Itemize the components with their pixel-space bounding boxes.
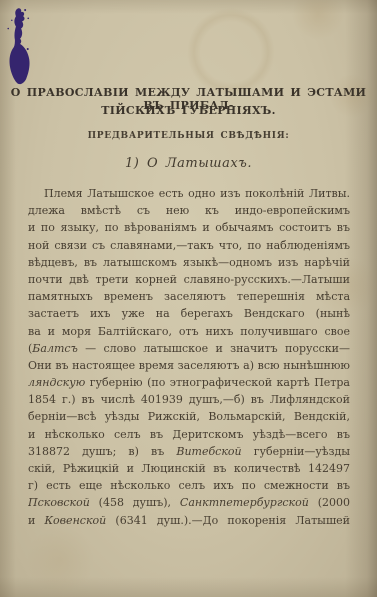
book-page: О ПРАВОСЛАВІИ МЕЖДУ ЛАТЫШАМИ И ЭСТАМИ ВЪ… — [0, 0, 377, 597]
text-line: Они въ настоящее время заселяютъ а) всю … — [28, 357, 350, 374]
text-line: г) есть еще нѣсколько селъ ихъ по смежно… — [28, 477, 350, 494]
text-line: Псковской (458 душъ), Санктпетербургской… — [28, 494, 350, 511]
text-line: Племя Латышское есть одно изъ поколѣній … — [28, 185, 350, 202]
text-line: почти двѣ трети корней славяно-русскихъ.… — [28, 271, 350, 288]
body-paragraph: Племя Латышское есть одно изъ поколѣній … — [28, 185, 350, 529]
text-line: и по языку, по вѣрованіямъ и обычаямъ со… — [28, 219, 350, 236]
text-line: длежа вмѣстѣ съ нею къ индо-европейскимъ… — [28, 202, 350, 219]
chapter-title-line2: ТІЙСКИХЪ ГУБЕРНІЯХЪ. — [0, 104, 377, 117]
text-line: застаетъ ихъ уже на берегахъ Вендскаго (… — [28, 305, 350, 322]
ink-blot-stain — [6, 8, 32, 86]
text-line: и Ковенской (6341 душ.).—До покоренія Ла… — [28, 512, 350, 529]
text-line: и нѣсколько селъ въ Деритскомъ уѣздѣ—все… — [28, 426, 350, 443]
text-line: скій, Рѣжицкій и Люцинскій въ количествѣ… — [28, 460, 350, 477]
section-heading: 1) О Латышахъ. — [0, 156, 377, 171]
text-line: ной связи съ славянами,—такъ что, по наб… — [28, 237, 350, 254]
text-line: ва и моря Балтійскаго, отъ нихъ получивш… — [28, 323, 350, 340]
subheading: ПРЕДВАРИТЕЛЬНЫЯ СВѢДѢНІЯ: — [0, 131, 377, 141]
text-line: памятныхъ временъ заселяютъ теперешнія м… — [28, 288, 350, 305]
text-line: вѣдцевъ, въ латышскомъ языкѣ—одномъ изъ … — [28, 254, 350, 271]
text-line: 318872 душъ; в) въ Витебской губерніи—уѣ… — [28, 443, 350, 460]
text-line: 1854 г.) въ числѣ 401939 душъ,—б) въ Лиф… — [28, 391, 350, 408]
text-line: ляндскую губернію (по этнографической ка… — [28, 374, 350, 391]
text-line: (Балтсъ — слово латышское и значитъ пору… — [28, 340, 350, 357]
text-line: берніи—всѣ уѣзды Рижскій, Вольмарскій, В… — [28, 408, 350, 425]
